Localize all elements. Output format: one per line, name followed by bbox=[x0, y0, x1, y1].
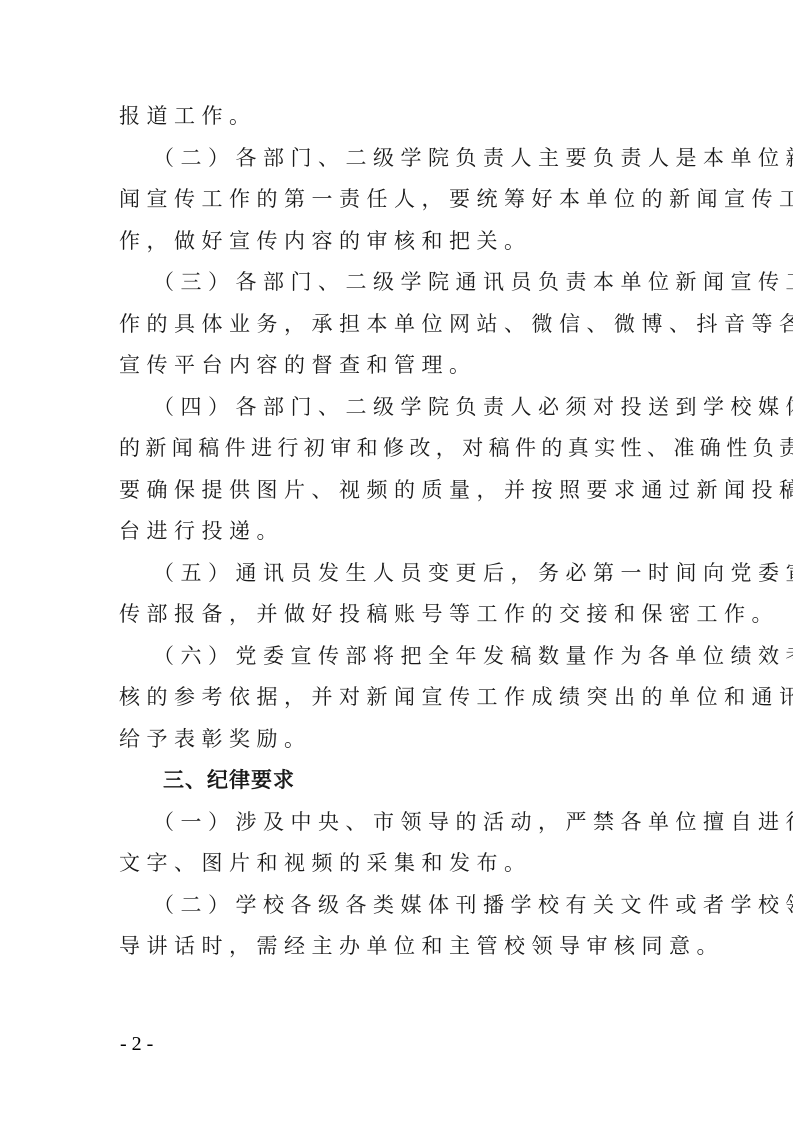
paragraph-line: （二）各部门、二级学院负责人主要负责人是本单位新 bbox=[119, 138, 675, 180]
paragraph-line: 导讲话时，需经主办单位和主管校领导审核同意。 bbox=[119, 926, 675, 968]
paragraph-item-2b: （二）学校各级各类媒体刊播学校有关文件或者学校领 导讲话时，需经主办单位和主管校… bbox=[119, 885, 675, 968]
paragraph-item-1: （一）涉及中央、市领导的活动，严禁各单位擅自进行 文字、图片和视频的采集和发布。 bbox=[119, 802, 675, 885]
paragraph-line: （三）各部门、二级学院通讯员负责本单位新闻宣传工 bbox=[119, 262, 675, 304]
paragraph-line: 作，做好宣传内容的审核和把关。 bbox=[119, 221, 675, 263]
paragraph-continuation-line: 报道工作。 bbox=[119, 96, 675, 138]
paragraph-line: （六）党委宣传部将把全年发稿数量作为各单位绩效考 bbox=[119, 636, 675, 678]
paragraph-item-2: （二）各部门、二级学院负责人主要负责人是本单位新 闻宣传工作的第一责任人，要统筹… bbox=[119, 138, 675, 263]
paragraph-line: （四）各部门、二级学院负责人必须对投送到学校媒体 bbox=[119, 387, 675, 429]
paragraph-line: 给予表彰奖励。 bbox=[119, 719, 675, 761]
paragraph-line: 要确保提供图片、视频的质量，并按照要求通过新闻投稿平 bbox=[119, 470, 675, 512]
paragraph-line: 宣传平台内容的督查和管理。 bbox=[119, 345, 675, 387]
paragraph-line: （二）学校各级各类媒体刊播学校有关文件或者学校领 bbox=[119, 885, 675, 927]
paragraph-item-4: （四）各部门、二级学院负责人必须对投送到学校媒体 的新闻稿件进行初审和修改，对稿… bbox=[119, 387, 675, 553]
paragraph-line: 传部报备，并做好投稿账号等工作的交接和保密工作。 bbox=[119, 594, 675, 636]
paragraph-item-3: （三）各部门、二级学院通讯员负责本单位新闻宣传工 作的具体业务，承担本单位网站、… bbox=[119, 262, 675, 387]
paragraph-line: 的新闻稿件进行初审和修改，对稿件的真实性、准确性负责， bbox=[119, 428, 675, 470]
paragraph-line: 作的具体业务，承担本单位网站、微信、微博、抖音等各类 bbox=[119, 304, 675, 346]
paragraph-item-6: （六）党委宣传部将把全年发稿数量作为各单位绩效考 核的参考依据，并对新闻宣传工作… bbox=[119, 636, 675, 761]
paragraph-item-5: （五）通讯员发生人员变更后，务必第一时间向党委宣 传部报备，并做好投稿账号等工作… bbox=[119, 553, 675, 636]
paragraph-line: 闻宣传工作的第一责任人，要统筹好本单位的新闻宣传工 bbox=[119, 179, 675, 221]
paragraph-line: 文字、图片和视频的采集和发布。 bbox=[119, 843, 675, 885]
paragraph-line: 核的参考依据，并对新闻宣传工作成绩突出的单位和通讯员 bbox=[119, 677, 675, 719]
paragraph-line: （一）涉及中央、市领导的活动，严禁各单位擅自进行 bbox=[119, 802, 675, 844]
section-heading: 三、纪律要求 bbox=[119, 760, 675, 802]
document-page: 报道工作。 （二）各部门、二级学院负责人主要负责人是本单位新 闻宣传工作的第一责… bbox=[119, 96, 675, 968]
paragraph-line: （五）通讯员发生人员变更后，务必第一时间向党委宣 bbox=[119, 553, 675, 595]
paragraph-line: 台进行投递。 bbox=[119, 511, 675, 553]
page-number: - 2 - bbox=[120, 1033, 153, 1056]
